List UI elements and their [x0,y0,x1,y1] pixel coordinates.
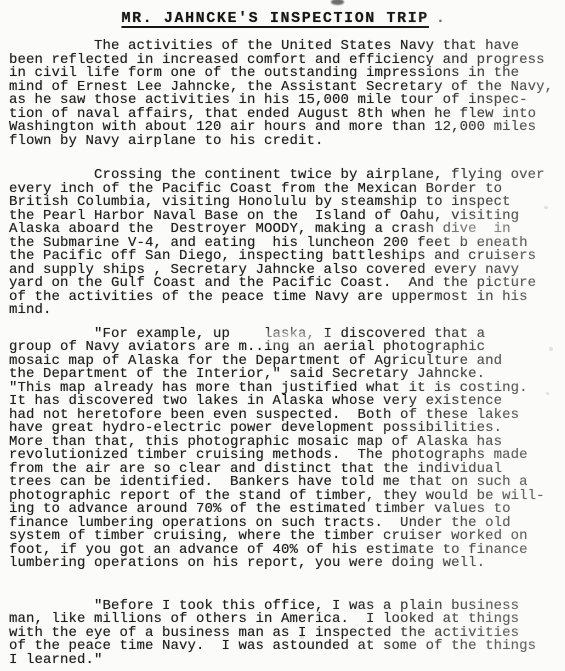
paragraph-alaska-mosaic-quote: "For example, up laska, I discovered tha… [9,328,559,571]
scan-artifact-speck [300,636,304,639]
scan-artifact-smudge [331,0,344,5]
scan-artifact-speck [549,347,553,351]
scan-artifact-speck [544,206,548,209]
paragraph-crossing-continent: Crossing the continent twice by airplane… [9,169,559,318]
page-title-text: MR. JAHNCKE'S INSPECTION TRIP [121,10,428,27]
scan-artifact-speck [520,252,523,255]
scan-artifact-speck [546,392,549,395]
document-page: MR. JAHNCKE'S INSPECTION TRIP. The activ… [0,0,565,671]
page-title-period: . [436,10,447,27]
paragraph-intro-tour: The activities of the United States Navy… [9,40,559,148]
page-title: MR. JAHNCKE'S INSPECTION TRIP. [9,10,559,27]
paragraph-business-man-quote: "Before I took this office, I was a plai… [9,600,559,668]
